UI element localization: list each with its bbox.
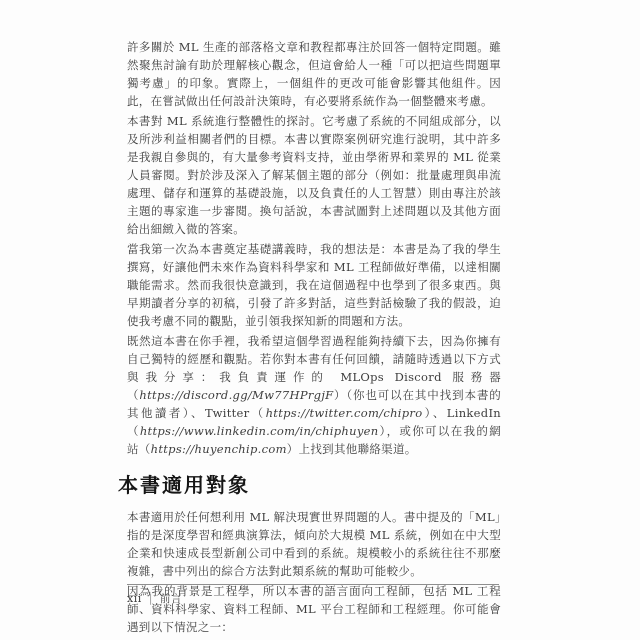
page-number: xii (127, 592, 142, 605)
url-text: https://www.linkedin.com/in/chiphuyen (140, 424, 379, 438)
paragraph: 本書對 ML 系統進行整體性的探討。它考慮了系統的不同組成部分，以及所涉利益相關… (127, 112, 501, 238)
audience-paragraphs: 本書適用於任何想利用 ML 解決現實世界問題的人。書中提及的「ML」指的是深度學… (127, 508, 501, 636)
paragraph: 許多關於 ML 生產的部落格文章和教程都專注於回答一個特定問題。雖然聚焦討論有助… (127, 38, 501, 110)
page-content: 許多關於 ML 生產的部落格文章和教程都專注於回答一個特定問題。雖然聚焦討論有助… (127, 38, 501, 638)
text-run: 本書適用於任何想利用 ML 解決現實世界問題的人。書中提及的「ML」指的是深度學… (127, 510, 501, 578)
footer-separator: | (149, 592, 153, 605)
book-page: 許多關於 ML 生產的部落格文章和教程都專注於回答一個特定問題。雖然聚焦討論有助… (0, 0, 640, 640)
paragraph: 本書適用於任何想利用 ML 解決現實世界問題的人。書中提及的「ML」指的是深度學… (127, 508, 501, 580)
chapter-title: 前言 (160, 593, 182, 605)
page-footer: xii|前言 (127, 584, 499, 606)
url-text: https://discord.gg/Mw77HPrgjF (139, 388, 333, 402)
text-run: 本書對 ML 系統進行整體性的探討。它考慮了系統的不同組成部分，以及所涉利益相關… (127, 114, 501, 236)
text-run: ）上找到其他聯絡渠道。 (287, 442, 417, 456)
paragraph: 當我第一次為本書奠定基礎講義時，我的想法是：本書是為了我的學生撰寫，好讓他們未來… (127, 240, 501, 330)
text-run: 當我第一次為本書奠定基礎講義時，我的想法是：本書是為了我的學生撰寫，好讓他們未來… (127, 242, 501, 328)
url-text: https://twitter.com/chipro (266, 406, 423, 420)
url-text: https://huyenchip.com (151, 442, 287, 456)
section-heading: 本書適用對象 (118, 472, 501, 498)
paragraph: 既然這本書在你手裡，我希望這個學習過程能夠持續下去，因為你擁有自己獨特的經歷和觀… (127, 332, 501, 458)
intro-paragraphs: 許多關於 ML 生產的部落格文章和教程都專注於回答一個特定問題。雖然聚焦討論有助… (127, 38, 501, 458)
text-run: 許多關於 ML 生產的部落格文章和教程都專注於回答一個特定問題。雖然聚焦討論有助… (127, 40, 501, 108)
